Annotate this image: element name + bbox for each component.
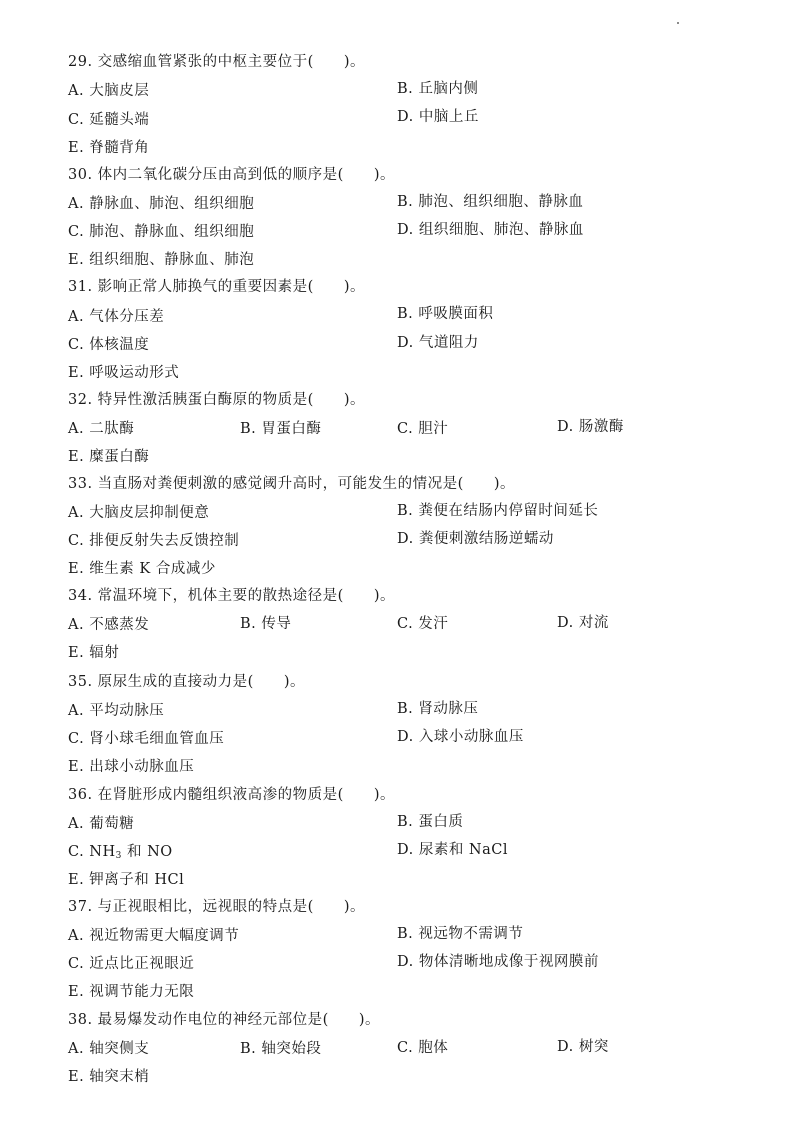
question-33-option-a[interactable]: A. 大脑皮层抑制便意 (68, 503, 209, 523)
question-29-option-b[interactable]: B. 丘脑内侧 (397, 79, 478, 99)
question-34-option-d[interactable]: D. 对流 (557, 613, 609, 633)
question-36-option-c[interactable]: C. NH3 和 NO (68, 842, 173, 866)
question-35-option-e[interactable]: E. 出球小动脉血压 (68, 757, 194, 777)
question-36-option-b[interactable]: B. 蛋白质 (397, 812, 463, 832)
question-37-option-d[interactable]: D. 物体清晰地成像于视网膜前 (397, 952, 599, 972)
question-37-stem: 37. 与正视眼相比，远视眼的特点是( )。 (68, 897, 365, 917)
question-35-option-d[interactable]: D. 入球小动脉血压 (397, 727, 524, 747)
question-36-option-e[interactable]: E. 钾离子和 HCl (68, 870, 184, 890)
option-c-suffix: 和 NO (122, 844, 173, 860)
question-38-option-a[interactable]: A. 轴突侧支 (68, 1039, 149, 1059)
question-31-option-d[interactable]: D. 气道阻力 (397, 333, 479, 353)
question-33-option-c[interactable]: C. 排便反射失去反馈控制 (68, 531, 239, 551)
question-32-option-b[interactable]: B. 胃蛋白酶 (240, 419, 321, 439)
question-33-option-e[interactable]: E. 维生素 K 合成减少 (68, 559, 216, 579)
question-34-option-a[interactable]: A. 不感蒸发 (68, 615, 149, 635)
question-34-option-e[interactable]: E. 辐射 (68, 643, 119, 663)
question-30-option-c[interactable]: C. 肺泡、静脉血、组织细胞 (68, 222, 254, 242)
question-32-option-c[interactable]: C. 胆汁 (397, 419, 448, 439)
question-33-option-d[interactable]: D. 粪便刺激结肠逆蠕动 (397, 529, 554, 549)
question-29-option-d[interactable]: D. 中脑上丘 (397, 107, 479, 127)
question-37-option-b[interactable]: B. 视远物不需调节 (397, 924, 523, 944)
question-30-option-a[interactable]: A. 静脉血、肺泡、组织细胞 (68, 194, 254, 214)
question-33-option-b[interactable]: B. 粪便在结肠内停留时间延长 (397, 501, 598, 521)
question-35-option-b[interactable]: B. 肾动脉压 (397, 699, 478, 719)
question-29-option-c[interactable]: C. 延髓头端 (68, 110, 149, 130)
question-30-stem: 30. 体内二氧化碳分压由高到低的顺序是( )。 (68, 165, 395, 185)
question-30-option-b[interactable]: B. 肺泡、组织细胞、静脉血 (397, 192, 583, 212)
question-36-option-d[interactable]: D. 尿素和 NaCl (397, 840, 508, 860)
question-38-option-c[interactable]: C. 胞体 (397, 1038, 448, 1058)
question-32-stem: 32. 特异性激活胰蛋白酶原的物质是( )。 (68, 390, 365, 410)
question-38-stem: 38. 最易爆发动作电位的神经元部位是( )。 (68, 1010, 380, 1030)
scan-speck (677, 22, 679, 24)
question-34-option-b[interactable]: B. 传导 (240, 614, 291, 634)
option-c-prefix: C. NH (68, 844, 116, 860)
question-38-option-e[interactable]: E. 轴突末梢 (68, 1067, 149, 1087)
exam-page: 29. 交感缩血管紧张的中枢主要位于( )。 A. 大脑皮层 B. 丘脑内侧 C… (0, 0, 800, 1145)
question-35-option-a[interactable]: A. 平均动脉压 (68, 701, 164, 721)
question-38-option-d[interactable]: D. 树突 (557, 1037, 609, 1057)
question-34-stem: 34. 常温环境下，机体主要的散热途径是( )。 (68, 586, 395, 606)
question-31-option-e[interactable]: E. 呼吸运动形式 (68, 363, 179, 383)
question-33-stem: 33. 当直肠对粪便刺激的感觉阈升高时，可能发生的情况是( )。 (68, 474, 515, 494)
question-37-option-a[interactable]: A. 视近物需更大幅度调节 (68, 926, 239, 946)
question-35-stem: 35. 原尿生成的直接动力是( )。 (68, 672, 305, 692)
question-32-option-a[interactable]: A. 二肽酶 (68, 419, 134, 439)
question-37-option-e[interactable]: E. 视调节能力无限 (68, 982, 194, 1002)
question-38-option-b[interactable]: B. 轴突始段 (240, 1039, 321, 1059)
question-29-option-e[interactable]: E. 脊髓背角 (68, 138, 149, 158)
question-31-option-a[interactable]: A. 气体分压差 (68, 307, 164, 327)
question-32-option-d[interactable]: D. 肠激酶 (557, 417, 624, 437)
question-37-option-c[interactable]: C. 近点比正视眼近 (68, 954, 194, 974)
question-29-stem: 29. 交感缩血管紧张的中枢主要位于( )。 (68, 52, 365, 72)
question-31-option-b[interactable]: B. 呼吸膜面积 (397, 304, 493, 324)
question-29-option-a[interactable]: A. 大脑皮层 (68, 81, 149, 101)
question-34-option-c[interactable]: C. 发汗 (397, 614, 448, 634)
question-36-stem: 36. 在肾脏形成内髓组织液高渗的物质是( )。 (68, 785, 395, 805)
question-30-option-e[interactable]: E. 组织细胞、静脉血、肺泡 (68, 250, 254, 270)
question-32-option-e[interactable]: E. 糜蛋白酶 (68, 447, 149, 467)
question-31-option-c[interactable]: C. 体核温度 (68, 335, 149, 355)
question-35-option-c[interactable]: C. 肾小球毛细血管血压 (68, 729, 224, 749)
question-30-option-d[interactable]: D. 组织细胞、肺泡、静脉血 (397, 220, 584, 240)
question-36-option-a[interactable]: A. 葡萄糖 (68, 814, 134, 834)
question-31-stem: 31. 影响正常人肺换气的重要因素是( )。 (68, 277, 365, 297)
